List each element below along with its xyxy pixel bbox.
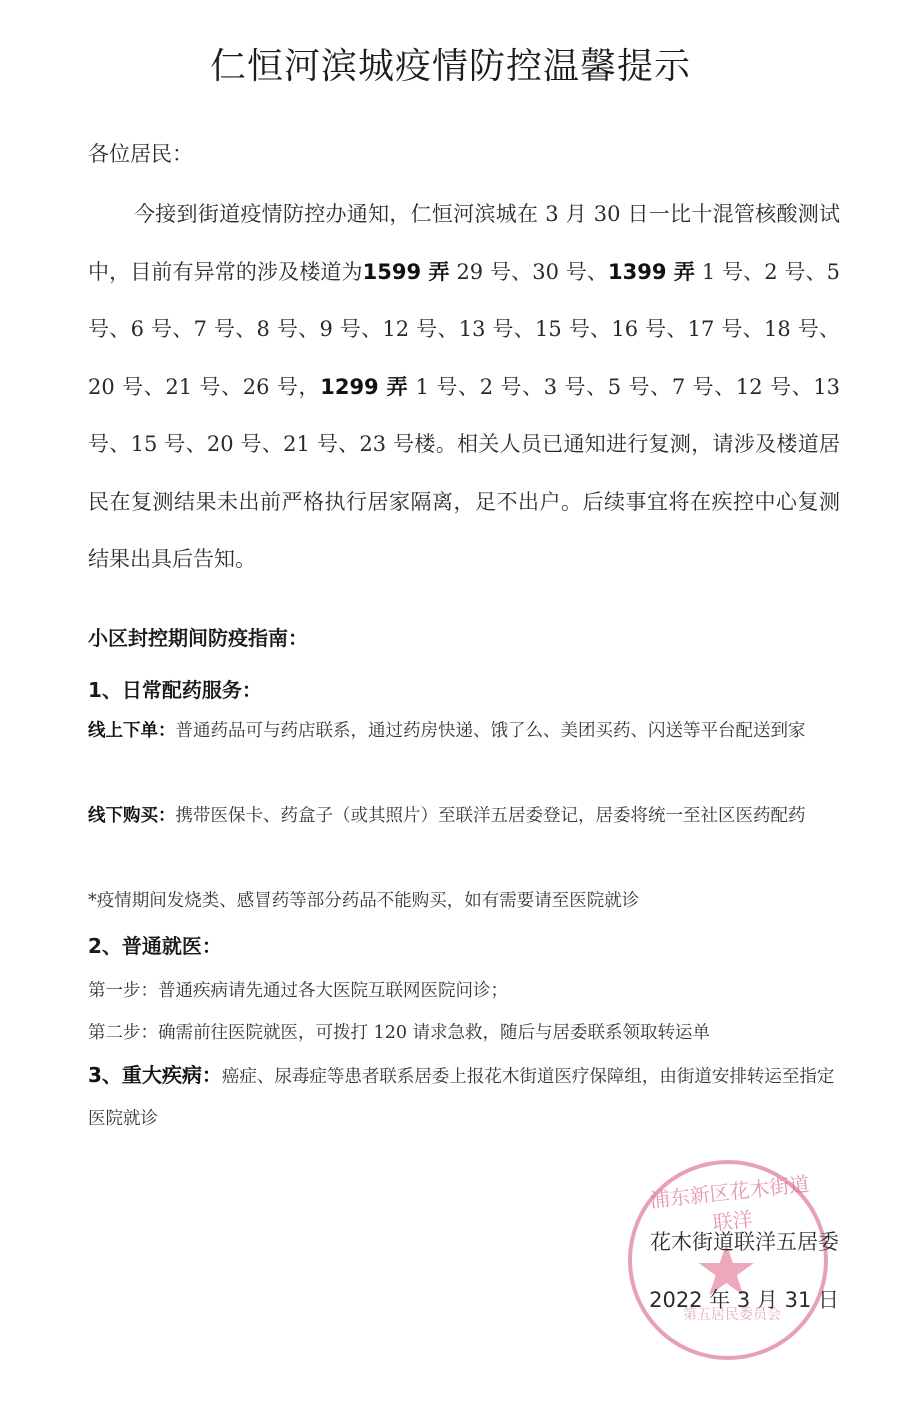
offline-purchase-text: 携带医保卡、药盒子（或其照片）至联洋五居委登记，居委将统一至社区医药配药 <box>176 806 806 826</box>
notice-text-4: 1 号、2 号、3 号、5 号、7 号、12 号、13 号、15 号、20 号、… <box>88 375 840 572</box>
greeting: 各位居民： <box>88 138 193 168</box>
step-2: 第二步：确需前往医院就医，可拨打 120 请求急救，随后与居委联系领取转运单 <box>88 1012 840 1054</box>
section-2-title: 2、普通就医： <box>88 930 222 959</box>
notice-text-2: 29 号、30 号、 <box>450 260 608 284</box>
section-3-title: 3、重大疾病： <box>88 1063 222 1087</box>
notice-paragraph: 今接到街道疫情防控办通知，仁恒河滨城在 3 月 30 日一比十混管核酸测试中，目… <box>88 186 840 589</box>
lane-1599: 1599 弄 <box>363 260 450 284</box>
online-order-label: 线上下单： <box>88 721 176 741</box>
offline-purchase-item: 线下购买：携带医保卡、药盒子（或其照片）至联洋五居委登记，居委将统一至社区医药配… <box>88 795 840 837</box>
official-stamp: 浦东新区花木街道联洋 ★ 第五居民委员会 <box>628 1160 828 1360</box>
section-3: 3、重大疾病：癌症、尿毒症等患者联系居委上报花木街道医疗保障组，由街道安排转运至… <box>88 1054 840 1140</box>
step-1: 第一步：普通疾病请先通过各大医院互联网医院问诊； <box>88 970 840 1012</box>
online-order-item: 线上下单：普通药品可与药店联系，通过药房快递、饿了么、美团买药、闪送等平台配送到… <box>88 710 840 752</box>
signature-date: 2022 年 3 月 31 日 <box>649 1284 839 1314</box>
online-order-text: 普通药品可与药店联系，通过药房快递、饿了么、美团买药、闪送等平台配送到家 <box>176 721 806 741</box>
signature-org: 花木街道联洋五居委 <box>650 1226 839 1256</box>
section-1-title: 1、日常配药服务： <box>88 674 262 703</box>
guide-title: 小区封控期间防疫指南： <box>88 622 308 651</box>
offline-purchase-label: 线下购买： <box>88 806 176 826</box>
lane-1299: 1299 弄 <box>320 375 408 399</box>
medicine-note: *疫情期间发烧类、感冒药等部分药品不能购买，如有需要请至医院就诊 <box>88 880 840 922</box>
lane-1399: 1399 弄 <box>608 260 695 284</box>
document-title: 仁恒河滨城疫情防控温馨提示 <box>0 38 901 89</box>
